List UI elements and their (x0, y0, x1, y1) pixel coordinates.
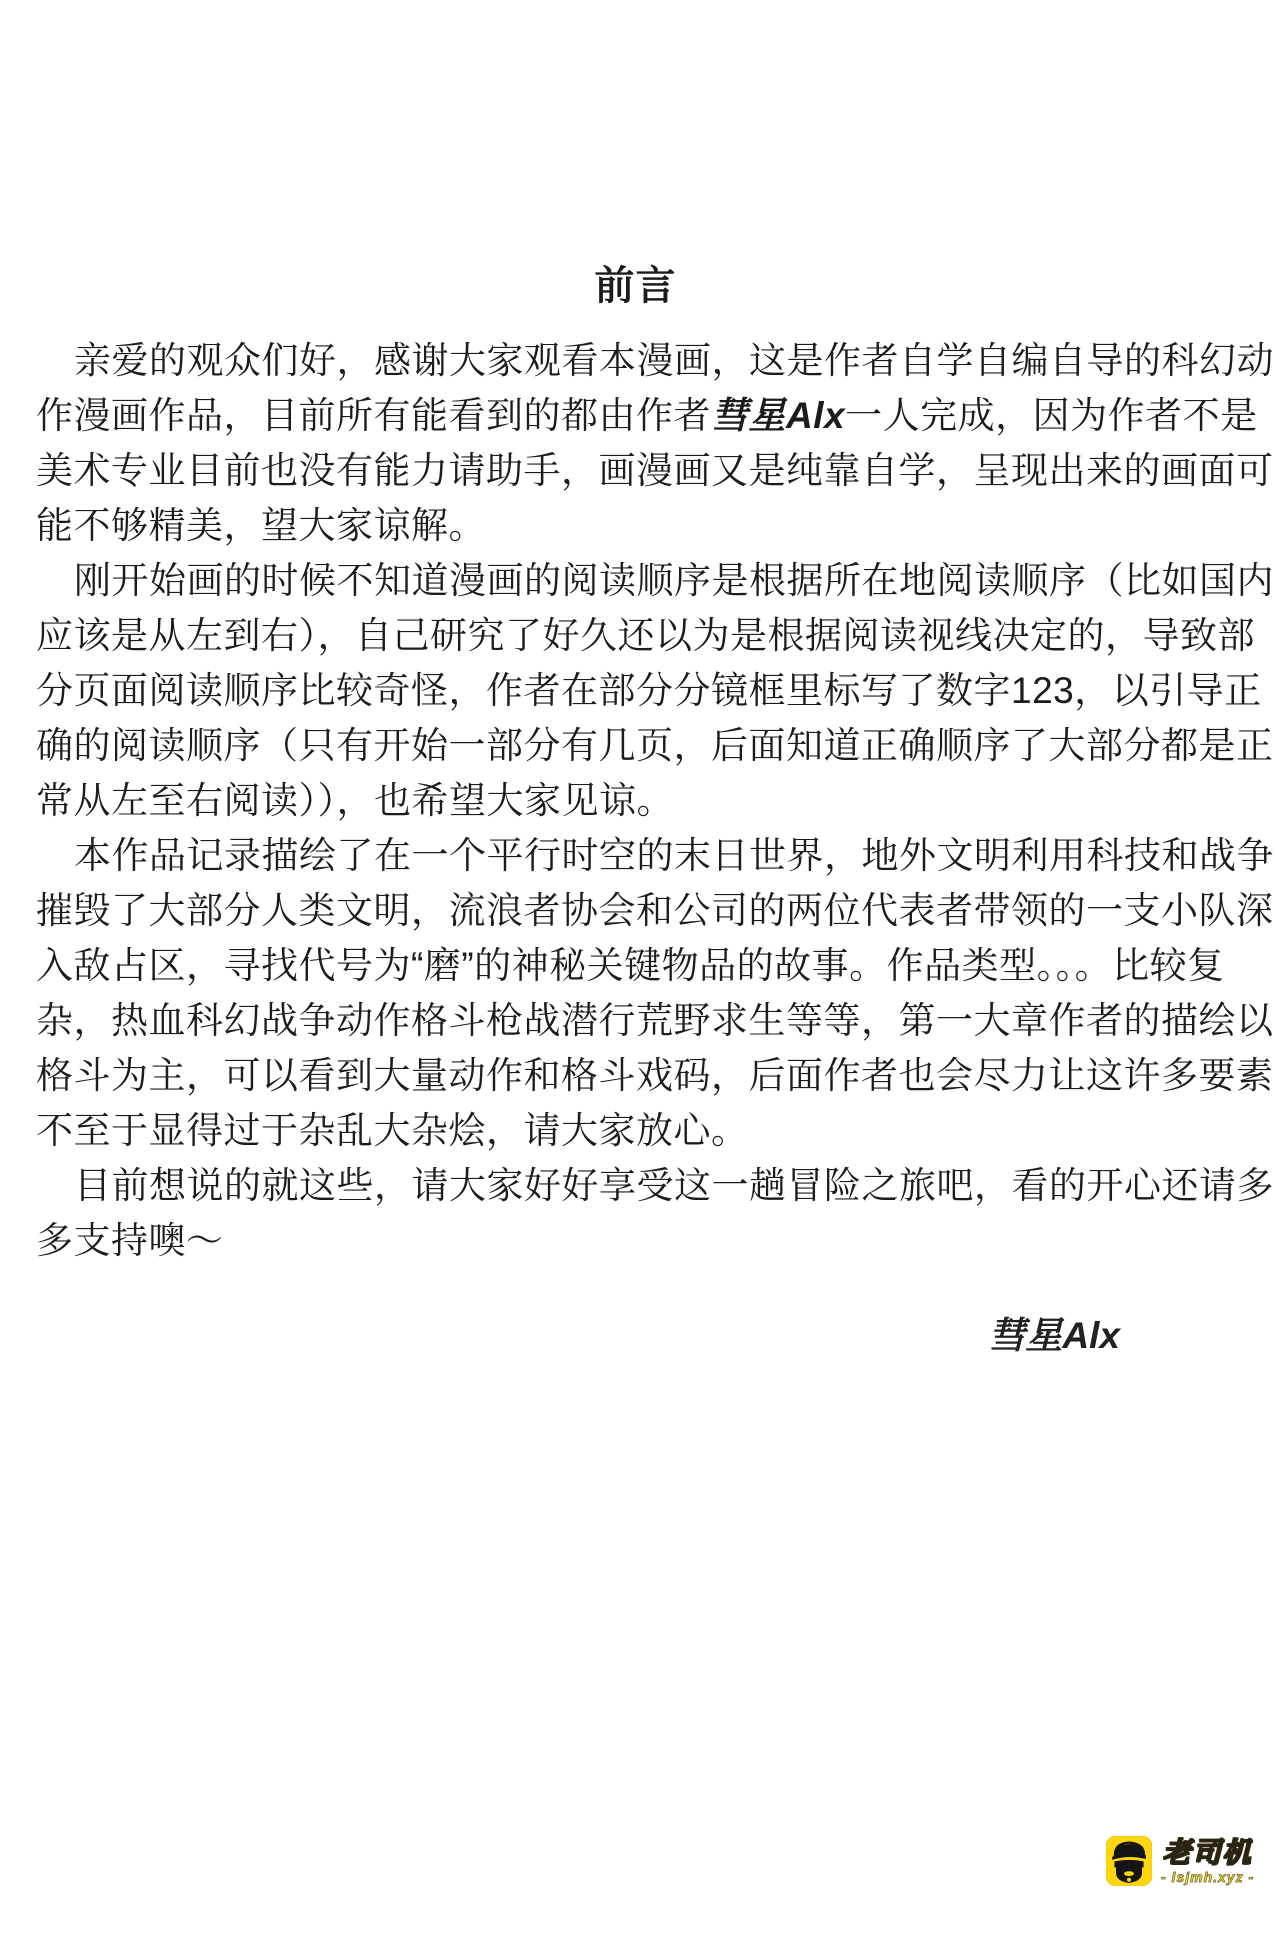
watermark-site-name: 老司机 (1163, 1839, 1253, 1867)
preface-body: 亲爱的观众们好，感谢大家观看本漫画，这是作者自学自编自导的科幻动作漫画作品，目前… (0, 333, 1280, 1268)
text-line: 确的阅读顺序（只有开始一部分有几页，后面知道正确顺序了大部分都是正 (36, 718, 1252, 773)
text-segment: 美术专业目前也没有能力请助手，画漫画又是纯靠自学，呈现出来的画面可 (36, 450, 1274, 491)
text-segment: 常从左至右阅读）），也希望大家见谅。 (36, 780, 674, 821)
text-segment: 确的阅读顺序（只有开始一部分有几页，后面知道正确顺序了大部分都是正 (36, 725, 1274, 766)
paragraph: 本作品记录描绘了在一个平行时空的末日世界，地外文明利用科技和战争摧毁了大部分人类… (36, 828, 1252, 1158)
signature-row: 彗星Alx (0, 1316, 1280, 1356)
text-line: 入敌占区，寻找代号为“磨”的神秘关键物品的故事。作品类型。。。比较复 (36, 938, 1252, 993)
text-line: 常从左至右阅读）），也希望大家见谅。 (36, 773, 1252, 828)
text-segment: 能不够精美，望大家谅解。 (36, 505, 486, 546)
text-segment: 作漫画作品，目前所有能看到的都由作者 (36, 395, 711, 436)
text-line: 摧毁了大部分人类文明，流浪者协会和公司的两位代表者带领的一支小队深 (36, 883, 1252, 938)
text-segment: 应该是从左到右），自己研究了好久还以为是根据阅读视线决定的，导致部 (36, 615, 1255, 656)
paragraph: 目前想说的就这些，请大家好好享受这一趟冒险之旅吧，看的开心还请多多支持噢～ (36, 1158, 1252, 1268)
text-line: 分页面阅读顺序比较奇怪，作者在部分分镜框里标写了数字123，以引导正 (36, 663, 1252, 718)
author-name-inline: 彗星Alx (711, 395, 845, 436)
text-segment: 格斗为主，可以看到大量动作和格斗戏码，后面作者也会尽力让这许多要素 (36, 1055, 1274, 1096)
text-line: 目前想说的就这些，请大家好好享受这一趟冒险之旅吧，看的开心还请多 (36, 1158, 1252, 1213)
text-segment: 分页面阅读顺序比较奇怪，作者在部分分镜框里标写了数字123，以引导正 (36, 670, 1262, 711)
text-line: 亲爱的观众们好，感谢大家观看本漫画，这是作者自学自编自导的科幻动 (36, 333, 1252, 388)
text-segment: 杂，热血科幻战争动作格斗枪战潜行荒野求生等等，第一大章作者的描绘以 (36, 1000, 1274, 1041)
text-line: 应该是从左到右），自己研究了好久还以为是根据阅读视线决定的，导致部 (36, 608, 1252, 663)
text-segment: 刚开始画的时候不知道漫画的阅读顺序是根据所在地阅读顺序（比如国内 (74, 560, 1274, 601)
preface-page: 前言 亲爱的观众们好，感谢大家观看本漫画，这是作者自学自编自导的科幻动作漫画作品… (0, 0, 1280, 1948)
text-segment: 本作品记录描绘了在一个平行时空的末日世界，地外文明利用科技和战争 (74, 835, 1274, 876)
watermark-text-block: 老司机 - lsjmh.xyz - (1161, 1839, 1254, 1884)
site-watermark: 老司机 - lsjmh.xyz - (1106, 1836, 1254, 1886)
watermark-site-url: - lsjmh.xyz - (1161, 1870, 1254, 1884)
text-segment: 摧毁了大部分人类文明，流浪者协会和公司的两位代表者带领的一支小队深 (36, 890, 1274, 931)
text-line: 作漫画作品，目前所有能看到的都由作者彗星Alx一人完成，因为作者不是 (36, 388, 1252, 443)
page-title: 前言 (0, 0, 1280, 306)
text-line: 多支持噢～ (36, 1213, 1252, 1268)
text-line: 本作品记录描绘了在一个平行时空的末日世界，地外文明利用科技和战争 (36, 828, 1252, 883)
text-segment: 入敌占区，寻找代号为“磨”的神秘关键物品的故事。作品类型。。。比较复 (36, 945, 1225, 986)
text-line: 格斗为主，可以看到大量动作和格斗戏码，后面作者也会尽力让这许多要素 (36, 1048, 1252, 1103)
text-line: 能不够精美，望大家谅解。 (36, 498, 1252, 553)
text-segment: 亲爱的观众们好，感谢大家观看本漫画，这是作者自学自编自导的科幻动 (74, 340, 1274, 381)
driver-mascot-icon (1106, 1836, 1152, 1886)
text-segment: 多支持噢～ (36, 1220, 224, 1261)
text-line: 杂，热血科幻战争动作格斗枪战潜行荒野求生等等，第一大章作者的描绘以 (36, 993, 1252, 1048)
text-line: 不至于显得过于杂乱大杂烩，请大家放心。 (36, 1103, 1252, 1158)
text-segment: 目前想说的就这些，请大家好好享受这一趟冒险之旅吧，看的开心还请多 (74, 1165, 1274, 1206)
text-line: 美术专业目前也没有能力请助手，画漫画又是纯靠自学，呈现出来的画面可 (36, 443, 1252, 498)
paragraph: 刚开始画的时候不知道漫画的阅读顺序是根据所在地阅读顺序（比如国内应该是从左到右）… (36, 553, 1252, 828)
text-segment: 不至于显得过于杂乱大杂烩，请大家放心。 (36, 1110, 749, 1151)
author-signature: 彗星Alx (988, 1315, 1120, 1356)
text-segment: 一人完成，因为作者不是 (845, 395, 1258, 436)
paragraph: 亲爱的观众们好，感谢大家观看本漫画，这是作者自学自编自导的科幻动作漫画作品，目前… (36, 333, 1252, 553)
text-line: 刚开始画的时候不知道漫画的阅读顺序是根据所在地阅读顺序（比如国内 (36, 553, 1252, 608)
